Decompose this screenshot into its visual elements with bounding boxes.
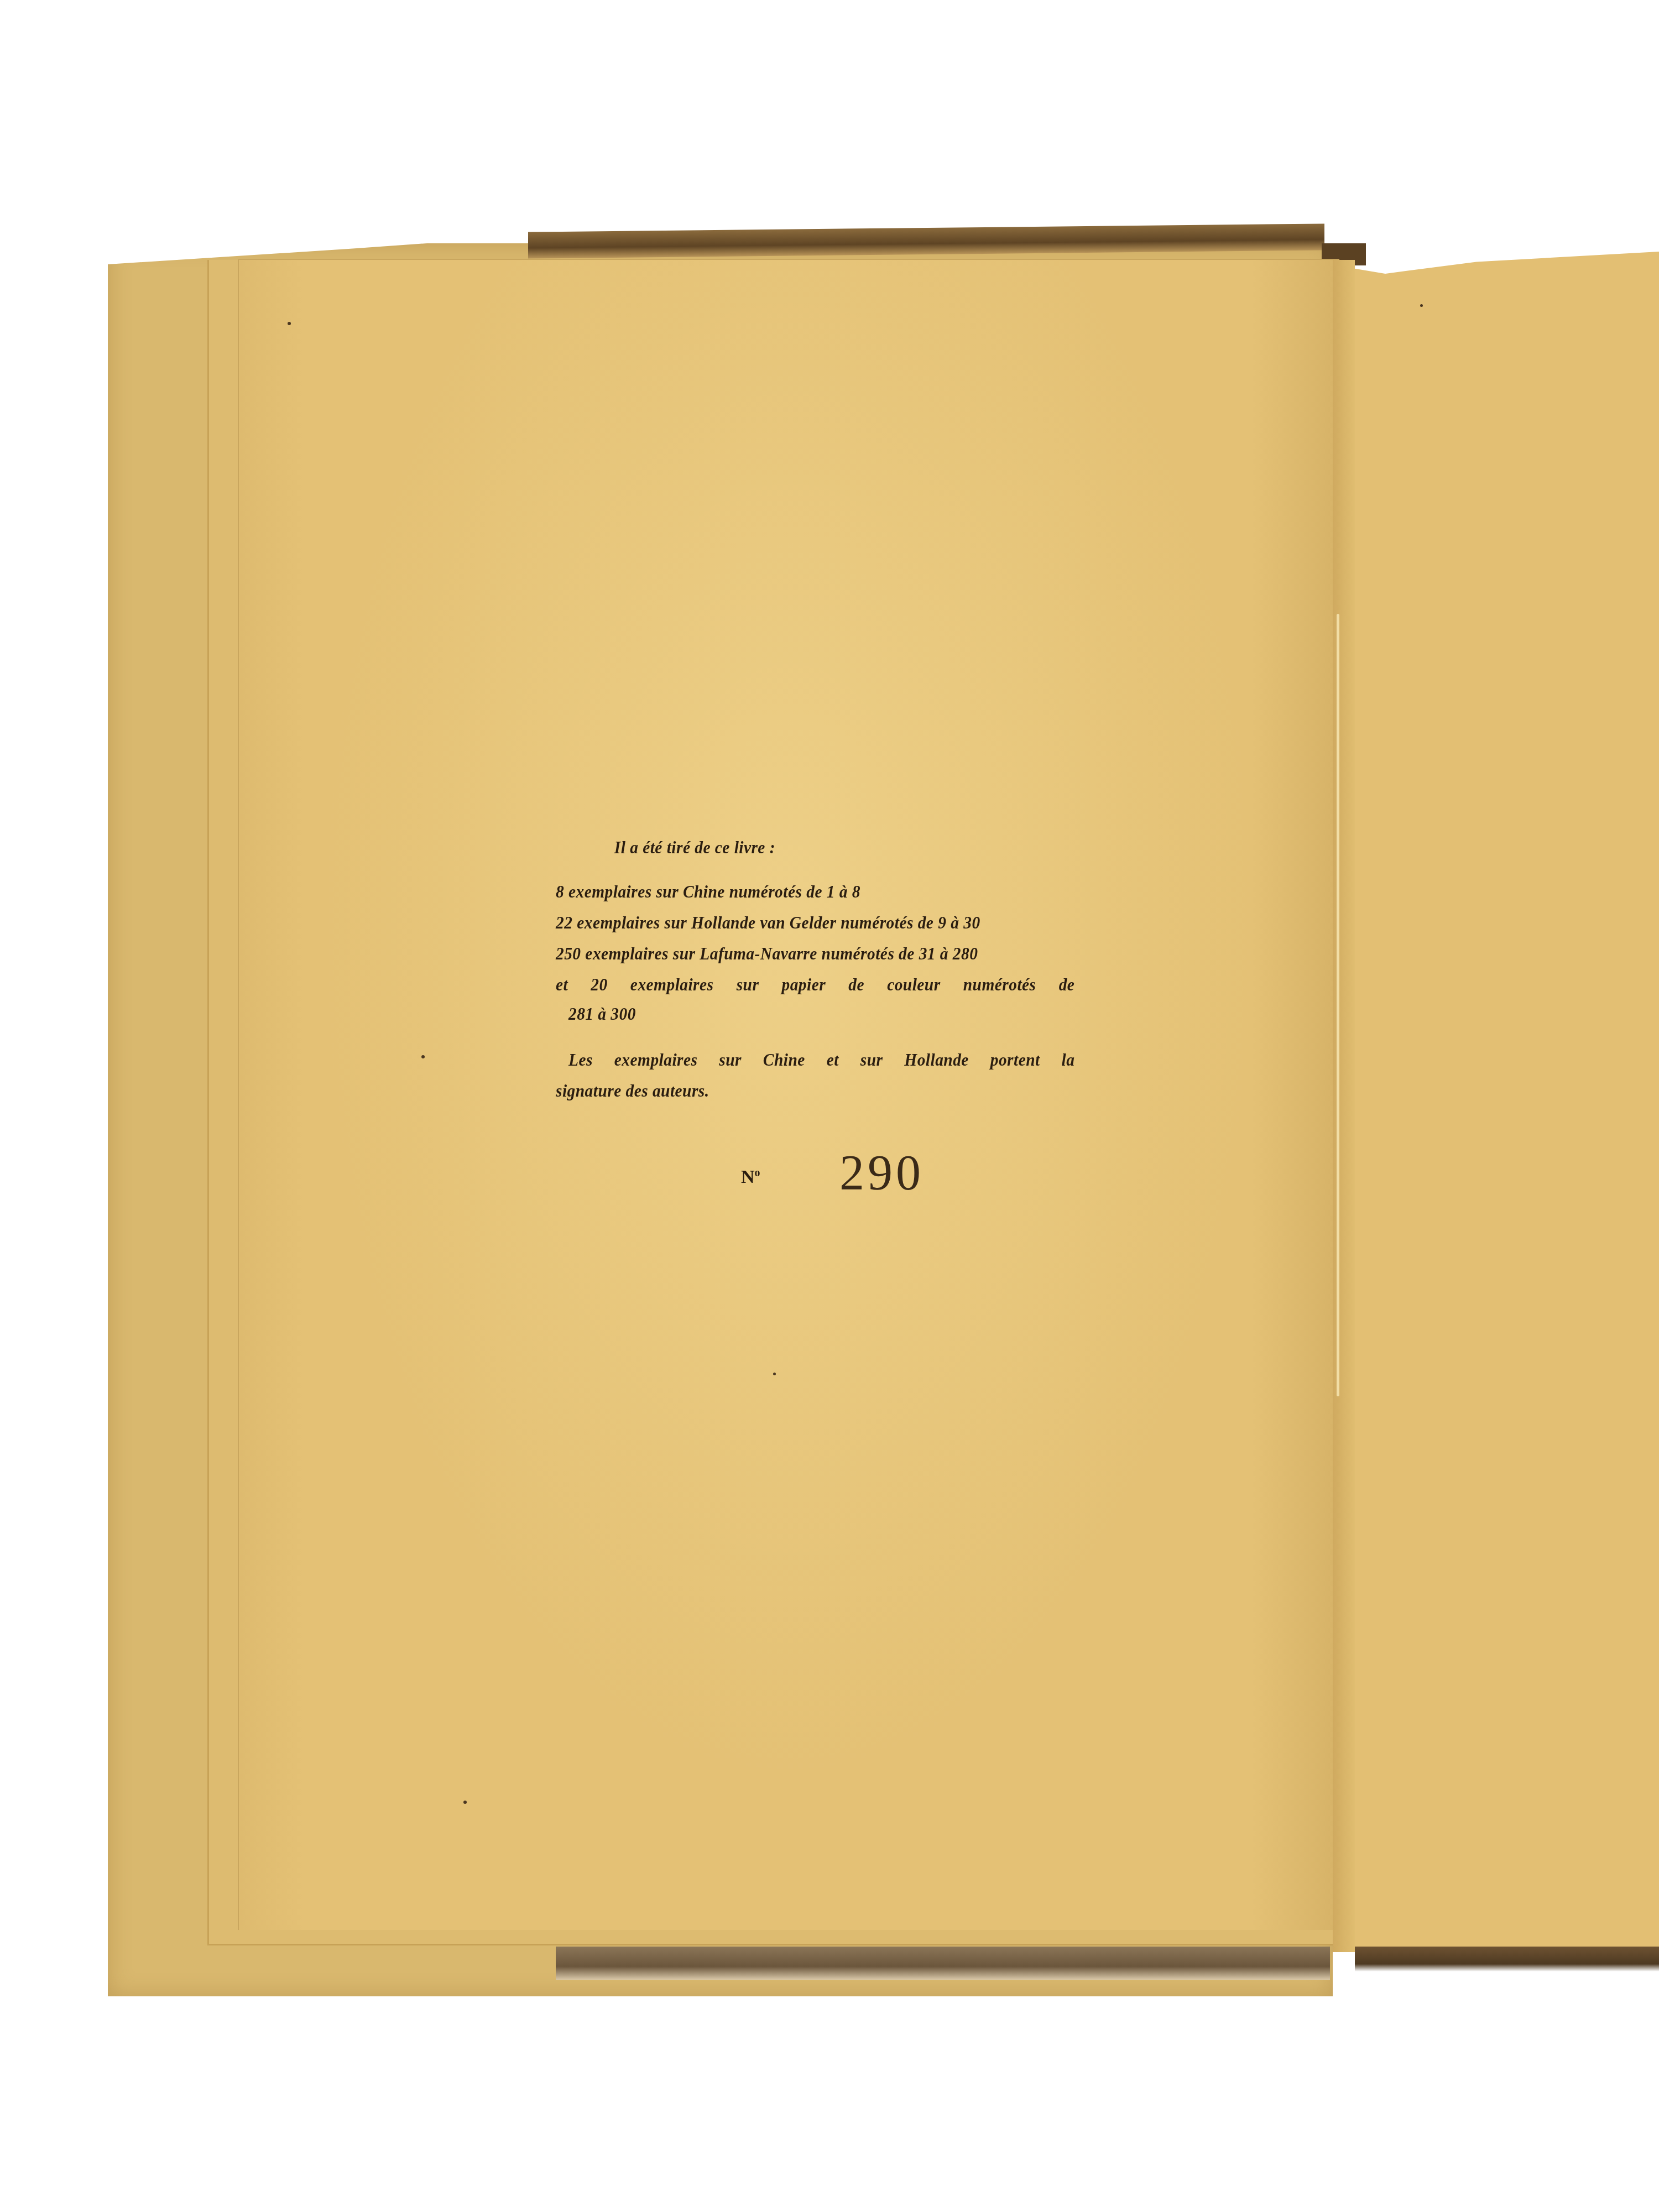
paper-speck — [463, 1801, 467, 1804]
number-abbrev: N — [741, 1167, 755, 1187]
edition-line-couleur: et 20 exemplaires sur papier de couleur … — [556, 969, 1074, 1000]
edition-line-chine: 8 exemplaires sur Chine numérotés de 1 à… — [556, 876, 1074, 907]
copy-number-label: No — [741, 1167, 760, 1188]
right-page — [1355, 252, 1659, 1949]
colophon-text: Il a été tiré de ce livre : 8 exemplaire… — [556, 835, 1074, 1106]
edition-line-hollande: 22 exemplaires sur Hollande van Gelder n… — [556, 907, 1074, 938]
paper-speck — [773, 1373, 776, 1375]
binding-thread — [1337, 614, 1339, 1396]
signature-notice-line-2: signature des auteurs. — [556, 1081, 709, 1100]
copy-number-value: 290 — [839, 1145, 924, 1202]
book-photo: Il a été tiré de ce livre : 8 exemplaire… — [0, 0, 1659, 2212]
copy-number: No 290 — [735, 1145, 957, 1217]
spine-edge-bottom — [556, 1947, 1330, 1980]
spine-edge-bottom-right — [1355, 1947, 1659, 1971]
book-gutter — [1333, 260, 1355, 1952]
paper-speck — [288, 322, 291, 325]
paper-speck — [421, 1055, 425, 1058]
edition-line-lafuma: 250 exemplaires sur Lafuma-Navarre numér… — [556, 938, 1074, 969]
paper-speck — [1420, 304, 1423, 307]
edition-line-couleur-range: 281 à 300 — [556, 1000, 1074, 1027]
signature-notice-line-1: Les exemplaires sur Chine et sur Holland… — [556, 1044, 1074, 1075]
colophon-heading: Il a été tiré de ce livre : — [556, 835, 1074, 859]
signature-notice: Les exemplaires sur Chine et sur Holland… — [556, 1044, 1074, 1106]
number-abbrev-sup: o — [755, 1167, 760, 1179]
